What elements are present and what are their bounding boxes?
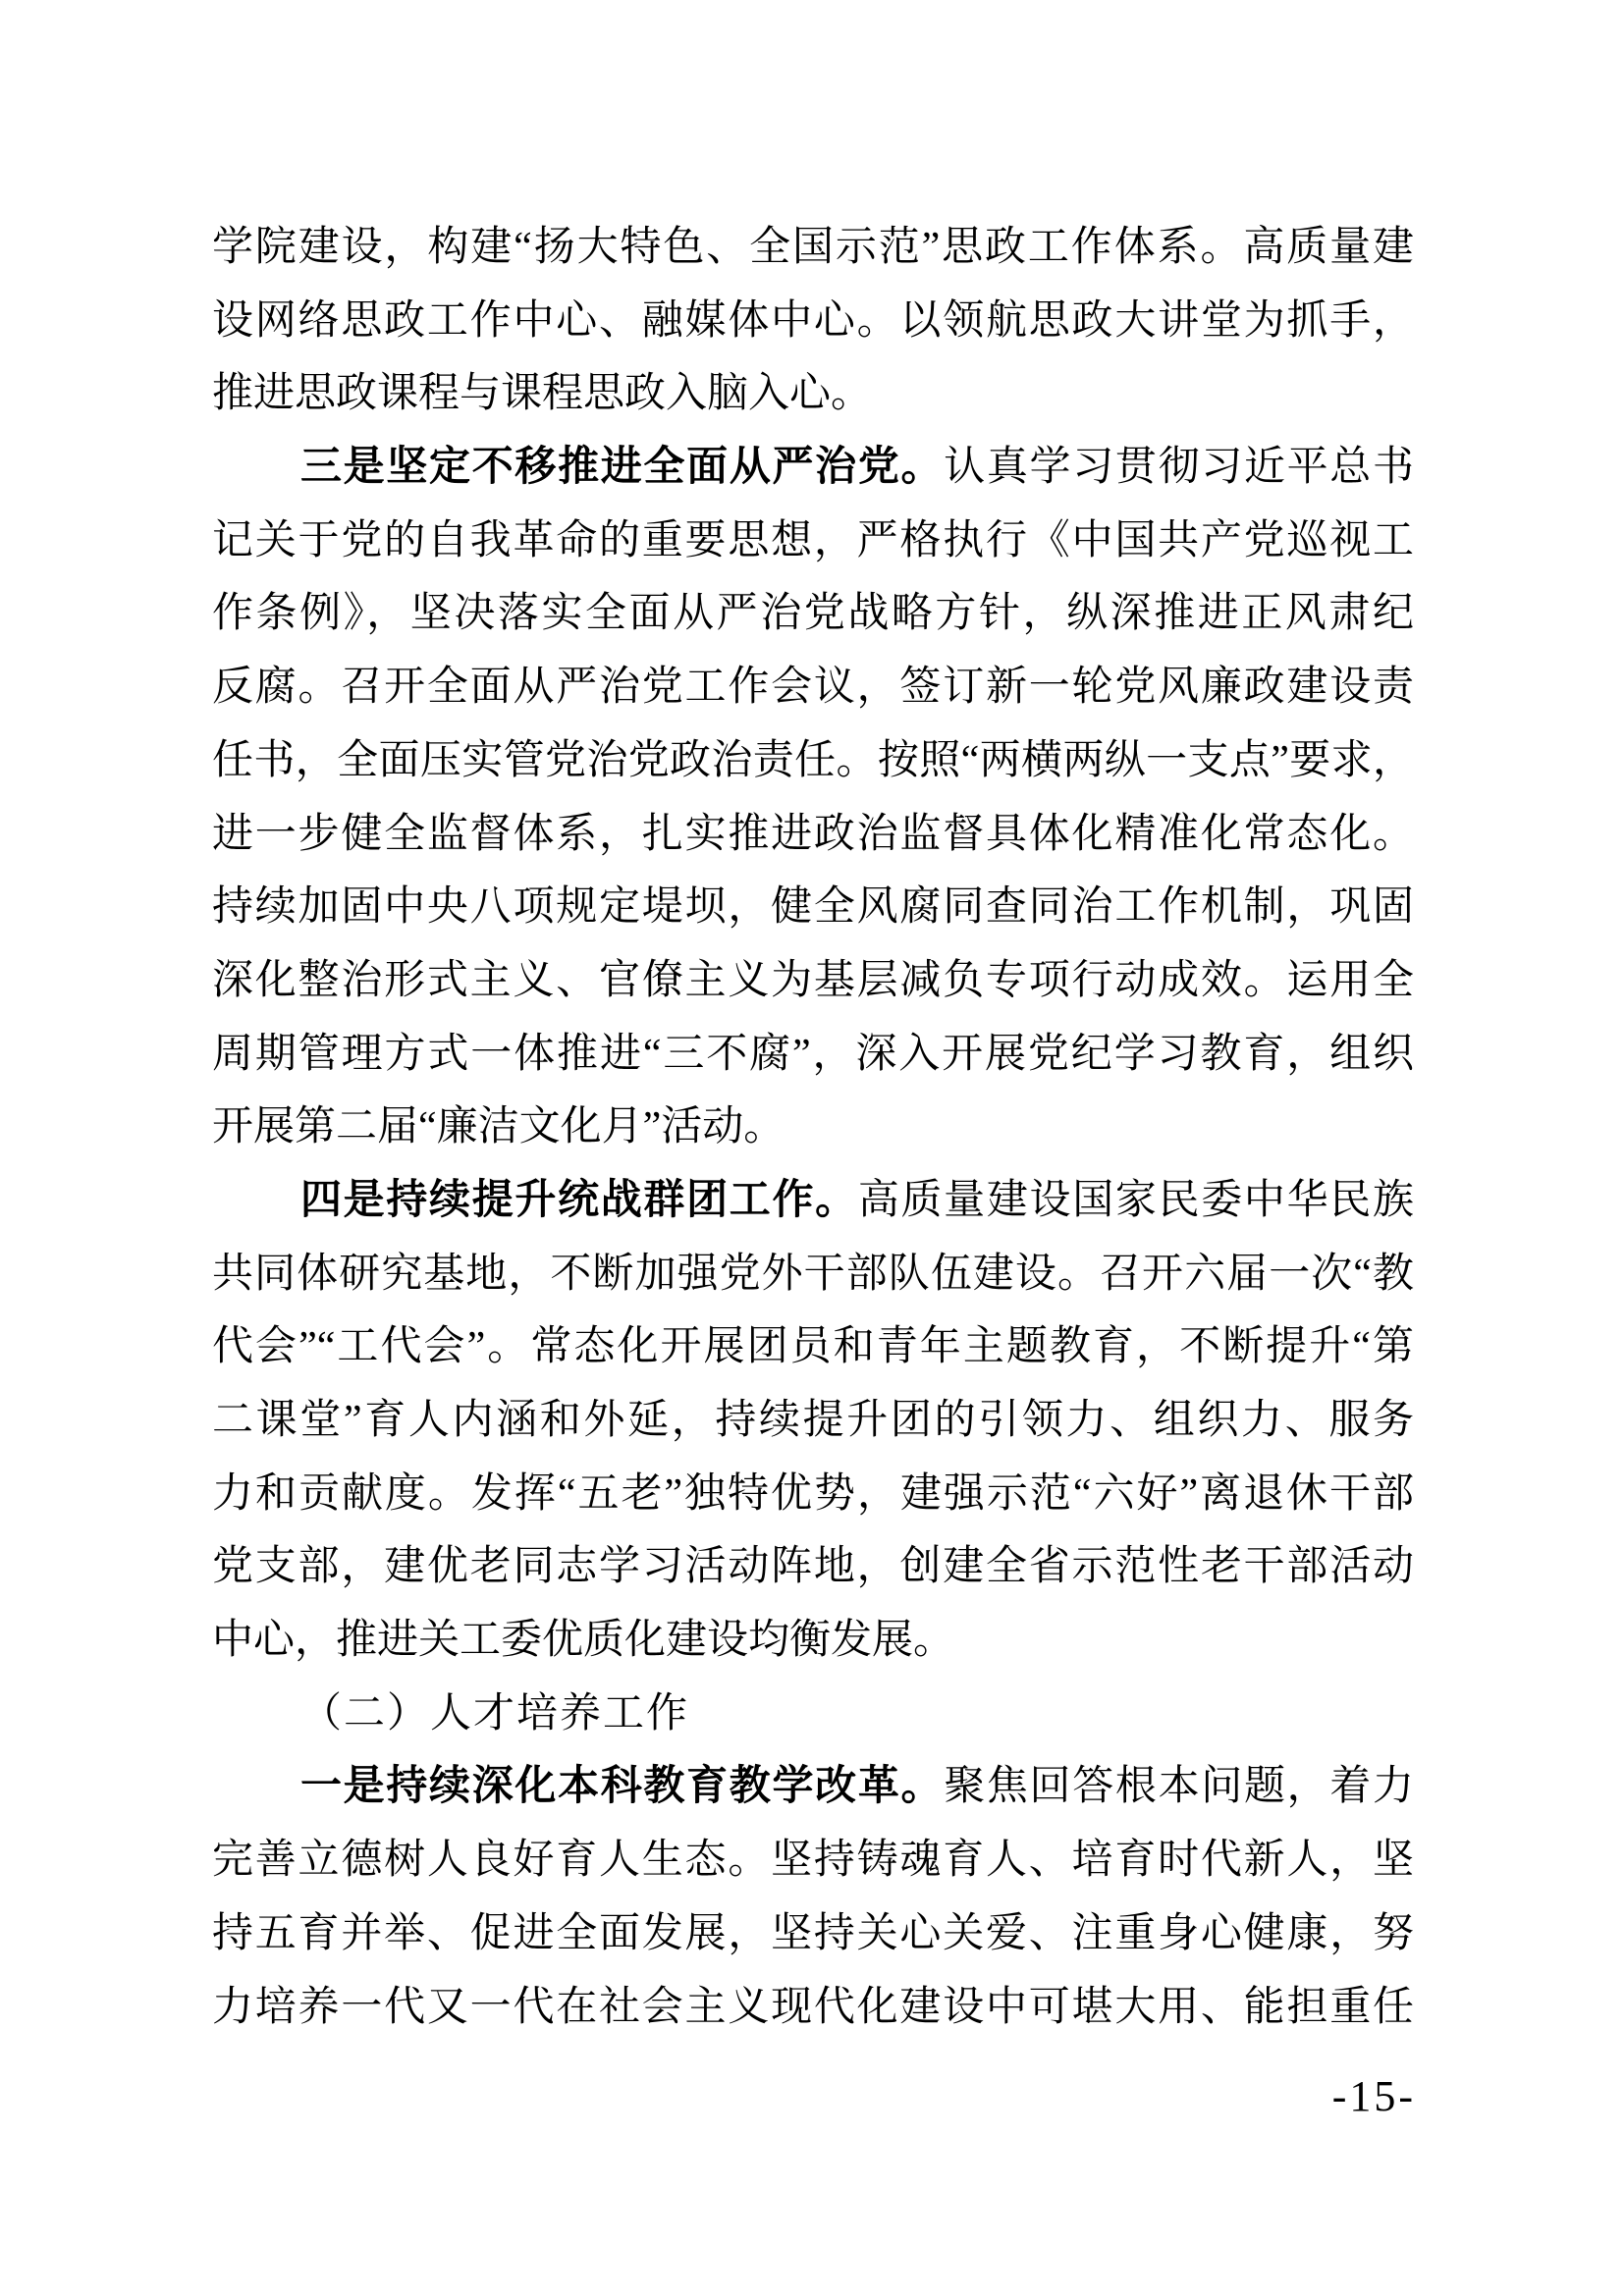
body-line: 学院建设，构建“扬大特色、全国示范”思政工作体系。高质量建 (212, 211, 1414, 285)
body-line: 开展第二届“廉洁文化月”活动。 (212, 1091, 1414, 1164)
body-line: 党支部，建优老同志学习活动阵地，创建全省示范性老干部活动 (212, 1530, 1414, 1604)
body-line: 反腐。召开全面从严治党工作会议，签订新一轮党风廉政建设责 (212, 651, 1414, 724)
section-heading: （二）人才培养工作 (212, 1678, 1414, 1751)
paragraph-text: 高质量建设国家民委中华民族 (858, 1178, 1414, 1223)
page-number: -15- (1332, 2071, 1416, 2121)
body-line: 持五育并举、促进全面发展，坚持关心关爱、注重身心健康，努 (212, 1897, 1414, 1971)
document-page: 学院建设，构建“扬大特色、全国示范”思政工作体系。高质量建 设网络思政工作中心、… (0, 0, 1624, 2296)
body-line: 力和贡献度。发挥“五老”独特优势，建强示范“六好”离退休干部 (212, 1458, 1414, 1531)
body-line: 四是持续提升统战群团工作。高质量建设国家民委中华民族 (212, 1164, 1414, 1238)
body-line: 完善立德树人良好育人生态。坚持铸魂育人、培育时代新人，坚 (212, 1824, 1414, 1897)
paragraph-bold-lead: 一是持续深化本科教育教学改革。 (300, 1764, 944, 1809)
body-line: 三是坚定不移推进全面从严治党。认真学习贯彻习近平总书 (212, 431, 1414, 505)
paragraph-text: 聚焦回答根本问题，着力 (944, 1764, 1414, 1809)
body-line: 推进思政课程与课程思政入脑入心。 (212, 357, 1414, 431)
body-line: 二课堂”育人内涵和外延，持续提升团的引领力、组织力、服务 (212, 1384, 1414, 1458)
body-line: 作条例》，坚决落实全面从严治党战略方针，纵深推进正风肃纪 (212, 577, 1414, 651)
paragraph-bold-lead: 三是坚定不移推进全面从严治党。 (300, 445, 944, 490)
body-line: 记关于党的自我革命的重要思想，严格执行《中国共产党巡视工 (212, 505, 1414, 578)
body-line: 进一步健全监督体系，扎实推进政治监督具体化精准化常态化。 (212, 798, 1414, 872)
body-line: 周期管理方式一体推进“三不腐”，深入开展党纪学习教育，组织 (212, 1018, 1414, 1092)
paragraph-text: 认真学习贯彻习近平总书 (944, 445, 1414, 490)
body-line: 任书，全面压实管党治党政治责任。按照“两横两纵一支点”要求， (212, 724, 1414, 798)
body-line: 设网络思政工作中心、融媒体中心。以领航思政大讲堂为抓手， (212, 285, 1414, 358)
body-line: 一是持续深化本科教育教学改革。聚焦回答根本问题，着力 (212, 1750, 1414, 1824)
body-line: 深化整治形式主义、官僚主义为基层减负专项行动成效。运用全 (212, 944, 1414, 1018)
body-line: 中心，推进关工委优质化建设均衡发展。 (212, 1604, 1414, 1678)
body-line: 力培养一代又一代在社会主义现代化建设中可堪大用、能担重任 (212, 1971, 1414, 2045)
paragraph-bold-lead: 四是持续提升统战群团工作。 (300, 1178, 858, 1223)
body-line: 共同体研究基地，不断加强党外干部队伍建设。召开六届一次“教 (212, 1238, 1414, 1311)
document-body: 学院建设，构建“扬大特色、全国示范”思政工作体系。高质量建 设网络思政工作中心、… (212, 211, 1414, 2044)
body-line: 代会”“工代会”。常态化开展团员和青年主题教育，不断提升“第 (212, 1310, 1414, 1384)
body-line: 持续加固中央八项规定堤坝，健全风腐同查同治工作机制，巩固 (212, 871, 1414, 944)
